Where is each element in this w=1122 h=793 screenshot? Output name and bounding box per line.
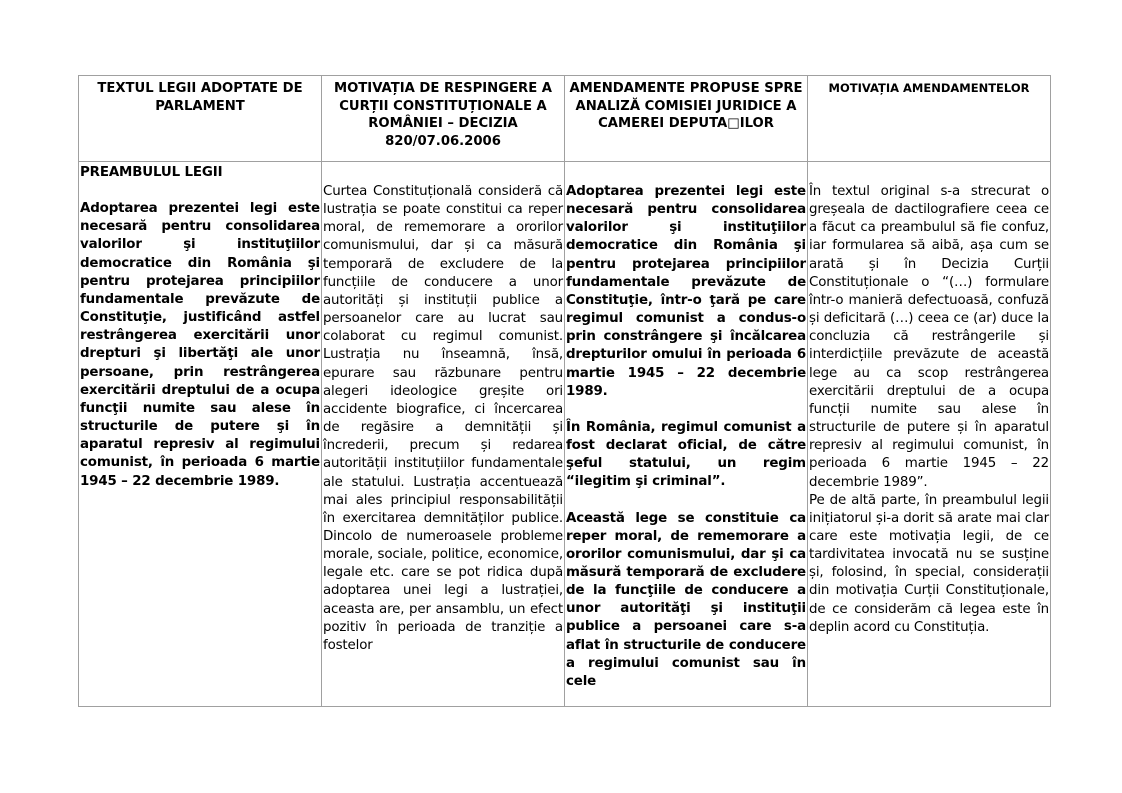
- cell-proposed-amendments: Adoptarea prezentei legi este necesară p…: [565, 162, 808, 707]
- section-title: PREAMBULUL LEGII: [80, 164, 320, 182]
- court-motivation-paragraph: Curtea Constituțională consideră că lust…: [323, 162, 563, 655]
- motivation-paragraph-1: În textul original s-a strecurat o greșe…: [809, 162, 1049, 492]
- table-row: PREAMBULUL LEGII Adoptarea prezentei leg…: [79, 162, 1051, 707]
- amendment-paragraph-3: Această lege se constituie ca reper mora…: [566, 510, 806, 692]
- table-header-row: TEXTUL LEGII ADOPTATE DE PARLAMENT MOTIV…: [79, 76, 1051, 162]
- amendment-paragraph-1: Adoptarea prezentei legi este necesară p…: [566, 162, 806, 401]
- amendment-paragraph-2: În România, regimul comunist a fost decl…: [566, 419, 806, 492]
- header-law-text: TEXTUL LEGII ADOPTATE DE PARLAMENT: [79, 76, 322, 162]
- cell-court-motivation: Curtea Constituțională consideră că lust…: [322, 162, 565, 707]
- cell-law-text: PREAMBULUL LEGII Adoptarea prezentei leg…: [79, 162, 322, 707]
- header-amendments-motivation: MOTIVAȚIA AMENDAMENTELOR: [808, 76, 1051, 162]
- header-court-motivation: MOTIVAȚIA DE RESPINGERE A CURȚII CONSTIT…: [322, 76, 565, 162]
- law-text-paragraph: Adoptarea prezentei legi este necesară p…: [80, 200, 320, 491]
- amendments-table: TEXTUL LEGII ADOPTATE DE PARLAMENT MOTIV…: [78, 75, 1051, 707]
- cell-amendments-motivation: În textul original s-a strecurat o greșe…: [808, 162, 1051, 707]
- header-proposed-amendments: AMENDAMENTE PROPUSE SPRE ANALIZĂ COMISIE…: [565, 76, 808, 162]
- motivation-paragraph-2: Pe de altă parte, în preambulul legii in…: [809, 492, 1049, 637]
